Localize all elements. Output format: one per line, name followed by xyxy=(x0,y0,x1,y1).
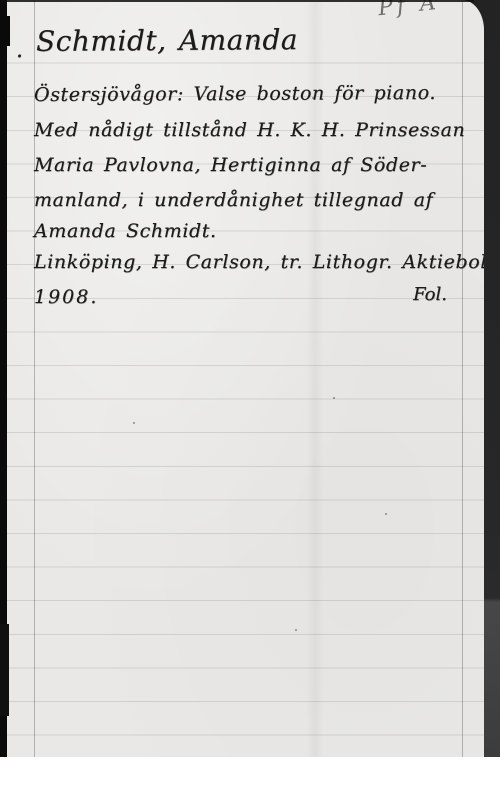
scanned-catalog-card-page: Pf A . Schmidt, Amanda Östersjövågor: Va… xyxy=(0,0,500,800)
shelfmark-pencil-note: Pf A xyxy=(377,0,441,21)
scan-edge-notch-bottom xyxy=(0,624,9,716)
year-note: 1908. xyxy=(34,286,98,308)
scan-speck xyxy=(133,422,135,424)
dedication-line-3: manland, i underdånighet tillegnad af xyxy=(34,189,433,211)
left-margin-line xyxy=(34,0,35,757)
scan-speck xyxy=(385,513,387,515)
scan-speck xyxy=(333,397,335,399)
dedication-line-1: Med nådigt tillstånd H. K. H. Prinsessan xyxy=(34,119,465,141)
scan-speck xyxy=(295,629,297,631)
format-note: Fol. xyxy=(413,284,447,305)
scan-speck xyxy=(312,97,314,99)
heading-dot: . xyxy=(16,38,23,63)
scan-edge-notch-top xyxy=(0,16,10,46)
entry-heading: Schmidt, Amanda xyxy=(36,23,298,58)
right-margin-line xyxy=(462,0,463,757)
dedication-line-2: Maria Pavlovna, Hertiginna af Söder- xyxy=(34,154,427,176)
scan-edge-top xyxy=(0,0,474,2)
imprint-line: Linköping, H. Carlson, tr. Lithogr. Akti… xyxy=(34,251,484,273)
catalog-card-paper: Pf A . Schmidt, Amanda Östersjövågor: Va… xyxy=(6,0,484,757)
scan-speck xyxy=(254,40,256,42)
title-line: Östersjövågor: Valse boston för piano. xyxy=(34,82,436,106)
author-line: Amanda Schmidt. xyxy=(34,220,217,242)
paper-crease xyxy=(306,0,324,757)
